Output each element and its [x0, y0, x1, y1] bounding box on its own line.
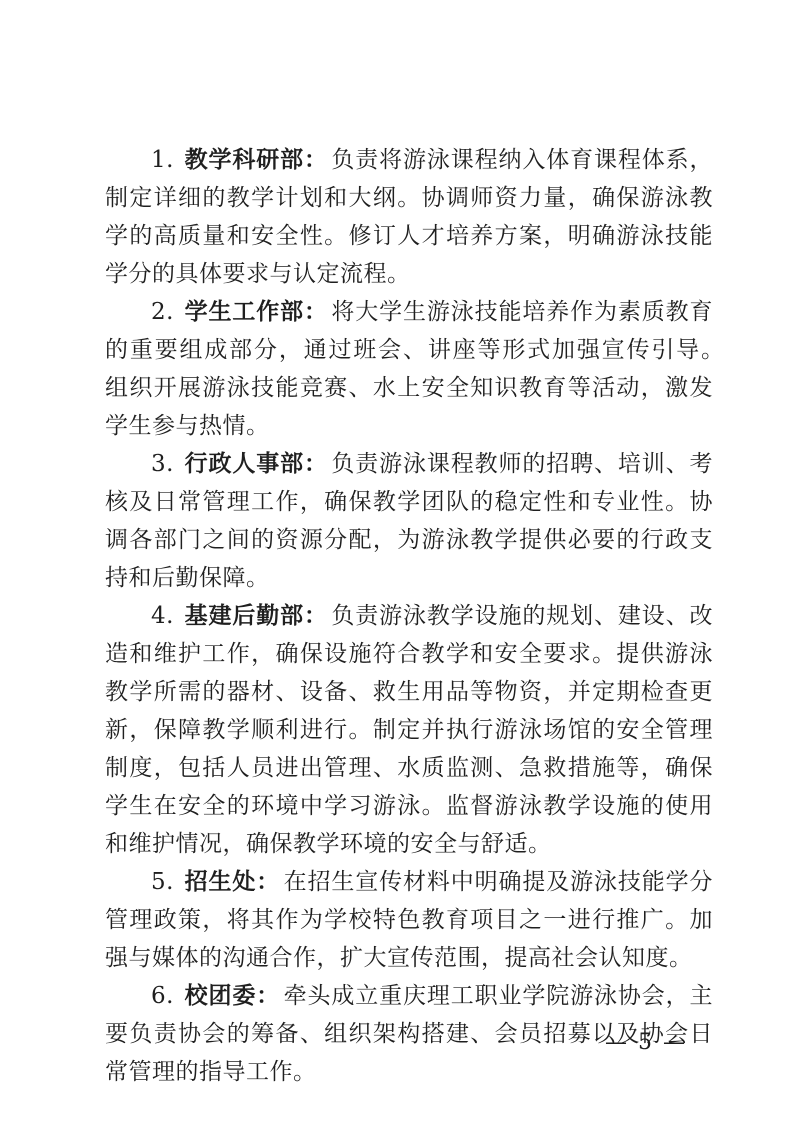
section-number: 2.: [151, 299, 174, 325]
section-paragraph: 1.教学科研部：负责将游泳课程纳入体育课程体系，制定详细的教学计划和大纲。协调师…: [105, 141, 713, 293]
section-number: 6.: [151, 983, 174, 1009]
section-title: 行政人事部：: [184, 450, 328, 477]
text-block: 1.教学科研部：负责将游泳课程纳入体育课程体系，制定详细的教学计划和大纲。协调师…: [105, 141, 713, 1091]
section-title: 招生处：: [184, 868, 280, 895]
section-title: 学生工作部：: [184, 298, 328, 325]
section-number: 5.: [151, 869, 174, 895]
page-number: — 5 —: [605, 1030, 687, 1055]
section-paragraph: 5.招生处：在招生宣传材料中明确提及游泳技能学分管理政策，将其作为学校特色教育项…: [105, 863, 713, 977]
section-paragraph: 3.行政人事部：负责游泳课程教师的招聘、培训、考核及日常管理工作，确保教学团队的…: [105, 445, 713, 597]
section-paragraph: 2.学生工作部：将大学生游泳技能培养作为素质教育的重要组成部分，通过班会、讲座等…: [105, 293, 713, 445]
section-number: 1.: [151, 147, 174, 173]
section-body: 负责游泳教学设施的规划、建设、改造和维护工作，确保设施符合教学和安全要求。提供游…: [105, 603, 713, 857]
section-number: 4.: [151, 603, 174, 629]
section-number: 3.: [151, 451, 174, 477]
document-page: 1.教学科研部：负责将游泳课程纳入体育课程体系，制定详细的教学计划和大纲。协调师…: [0, 0, 793, 1122]
section-title: 基建后勤部：: [184, 602, 328, 629]
section-paragraph: 4.基建后勤部：负责游泳教学设施的规划、建设、改造和维护工作，确保设施符合教学和…: [105, 597, 713, 863]
section-title: 教学科研部：: [184, 146, 328, 173]
section-title: 校团委：: [184, 982, 280, 1009]
